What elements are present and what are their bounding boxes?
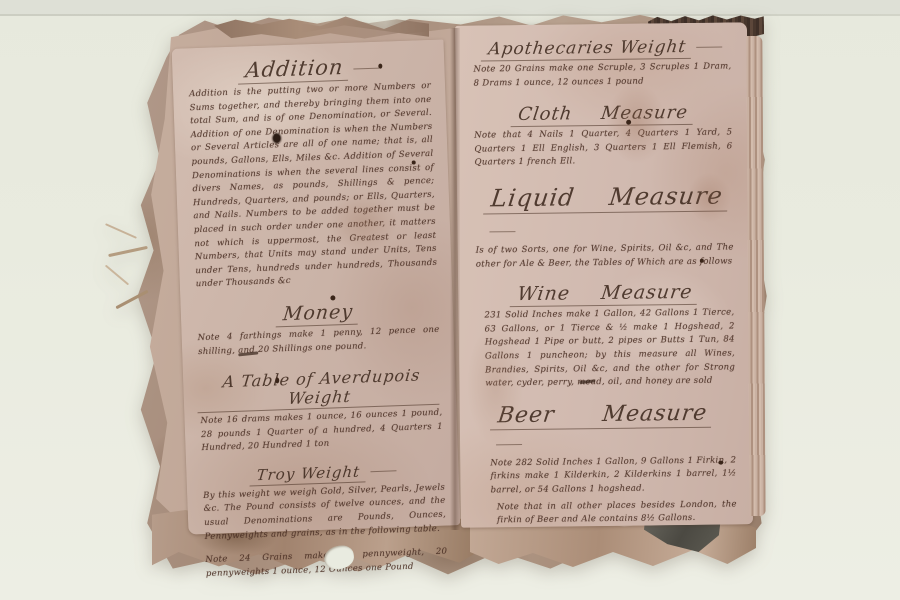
beer-note: Note 282 Solid Inches 1 Gallon, 9 Gallon… bbox=[478, 454, 736, 498]
page-gutter bbox=[450, 28, 460, 530]
ink-speck bbox=[700, 259, 704, 263]
money-note: Note 4 farthings make 1 penny, 12 pence … bbox=[198, 324, 441, 360]
wine-heading-text: Wine Measure bbox=[510, 281, 700, 307]
cloth-heading-text: Cloth Measure bbox=[511, 102, 696, 127]
liquid-body: Is of two Sorts, one for Wine, Spirits, … bbox=[476, 241, 734, 271]
ink-speck bbox=[378, 64, 382, 69]
troy-heading-text: Troy Weight bbox=[250, 462, 368, 486]
left-page-text-block: Addition Addition is the putting two or … bbox=[172, 39, 461, 534]
frayed-thread bbox=[108, 246, 148, 257]
beer-heading-text: Beer Measure bbox=[490, 400, 715, 430]
manuscript-book: Addition Addition is the putting two or … bbox=[128, 12, 768, 580]
wine-heading: Wine Measure bbox=[476, 281, 734, 308]
page-stack-edges bbox=[746, 36, 765, 516]
apothecaries-heading-text: Apothecaries Weight bbox=[481, 37, 694, 62]
right-page-text-block: Apothecaries Weight Note 20 Grains make … bbox=[455, 22, 753, 528]
frayed-thread bbox=[105, 265, 129, 286]
frayed-thread bbox=[105, 223, 137, 239]
heading-flourish bbox=[370, 470, 396, 472]
heading-flourish bbox=[489, 231, 515, 232]
addition-heading-text: Addition bbox=[238, 55, 351, 85]
apothecaries-heading: Apothecaries Weight bbox=[473, 36, 731, 61]
photo-background: Addition Addition is the putting two or … bbox=[0, 0, 900, 600]
addition-body: Addition is the putting two or more Numb… bbox=[189, 80, 438, 292]
water-stain bbox=[687, 172, 732, 223]
water-stain bbox=[606, 83, 667, 164]
beer-note-2: Note that in all other places besides Lo… bbox=[479, 498, 737, 528]
heading-flourish bbox=[696, 47, 722, 48]
ink-speck bbox=[626, 120, 631, 125]
money-heading-text: Money bbox=[276, 300, 361, 327]
ink-speck bbox=[275, 377, 279, 383]
averdupois-heading: A Table of Averdupois Weight bbox=[199, 365, 442, 413]
ink-speck bbox=[718, 461, 723, 465]
apothecaries-note: Note 20 Grains make one Scruple, 3 Scrup… bbox=[473, 60, 731, 90]
right-page: Apothecaries Weight Note 20 Grains make … bbox=[455, 22, 753, 528]
cloth-heading: Cloth Measure bbox=[474, 102, 732, 128]
averdupois-note: Note 16 drams makes 1 ounce, 16 ounces 1… bbox=[200, 407, 443, 456]
heading-flourish bbox=[353, 68, 379, 70]
left-page: Addition Addition is the putting two or … bbox=[172, 39, 461, 534]
averdupois-heading-text: A Table of Averdupois Weight bbox=[198, 365, 444, 414]
troy-body: By this weight we weigh Gold, Silver, Pe… bbox=[203, 481, 447, 544]
cloth-note: Note that 4 Nails 1 Quarter, 4 Quarters … bbox=[474, 127, 732, 171]
